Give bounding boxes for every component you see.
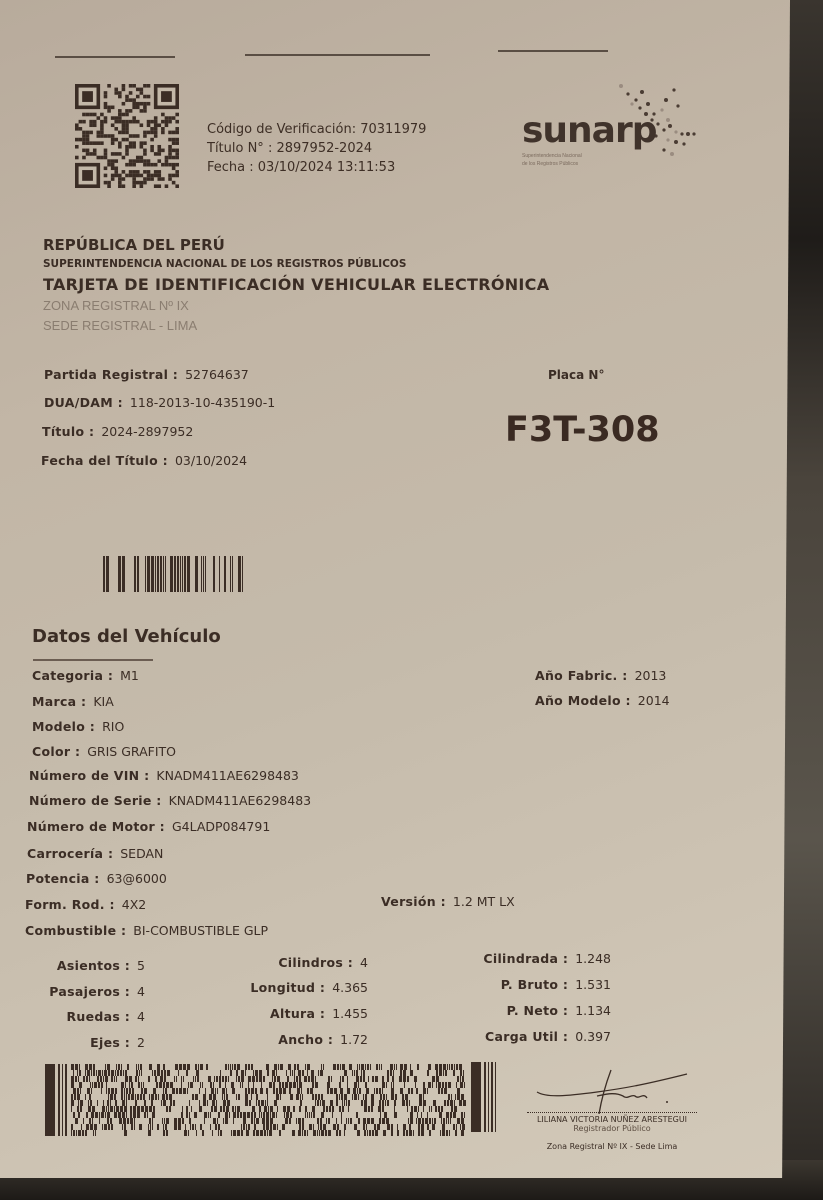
logo-wordmark: sunarp bbox=[522, 110, 657, 151]
spec-cilindros: Cilindros :4 bbox=[278, 955, 368, 970]
signature-block: LILIANA VICTORIA NUÑEZ ARESTEGUI Registr… bbox=[527, 1066, 697, 1156]
verification-code-line: Código de Verificación: 70311979 bbox=[207, 120, 426, 139]
barcode-icon bbox=[103, 556, 248, 592]
field-color: Color :GRIS GRAFITO bbox=[32, 744, 176, 759]
agency-heading: SUPERINTENDENCIA NACIONAL DE LOS REGISTR… bbox=[43, 258, 406, 270]
spec-longitud: Longitud :4.365 bbox=[250, 980, 368, 995]
field-combustible: Combustible :BI-COMBUSTIBLE GLP bbox=[25, 923, 268, 938]
date-line: Fecha : 03/10/2024 13:11:53 bbox=[207, 158, 426, 177]
vehicle-section-title: Datos del Vehículo bbox=[32, 626, 221, 647]
field-dua: DUA/DAM :118-2013-10-435190-1 bbox=[44, 395, 275, 410]
field-partida: Partida Registral :52764637 bbox=[44, 367, 249, 382]
field-titulo: Título :2024-2897952 bbox=[42, 424, 193, 439]
field-motor: Número de Motor :G4LADP084791 bbox=[27, 819, 270, 834]
date-label: Fecha : bbox=[207, 160, 254, 175]
country-heading: REPÚBLICA DEL PERÚ bbox=[43, 236, 225, 254]
plate-label: Placa N° bbox=[548, 368, 604, 382]
section-divider bbox=[33, 659, 153, 661]
spec-p-bruto: P. Bruto :1.531 bbox=[501, 977, 611, 992]
signer-name: LILIANA VICTORIA NUÑEZ ARESTEGUI bbox=[527, 1112, 697, 1124]
zona-registral: ZONA REGISTRAL Nº IX bbox=[43, 298, 189, 313]
spec-ejes: Ejes :2 bbox=[90, 1035, 145, 1050]
field-vin: Número de VIN :KNADM411AE6298483 bbox=[29, 768, 299, 783]
field-potencia: Potencia :63@6000 bbox=[26, 871, 167, 886]
top-rule bbox=[55, 56, 175, 58]
field-anio-fabric: Año Fabric. :2013 bbox=[535, 668, 666, 683]
spec-cilindrada: Cilindrada :1.248 bbox=[483, 951, 611, 966]
field-categoria: Categoria :M1 bbox=[32, 668, 139, 683]
date-value: 03/10/2024 13:11:53 bbox=[258, 160, 395, 175]
title-number-line: Título N° : 2897952-2024 bbox=[207, 139, 426, 158]
signer-zone: Zona Registral Nº IX - Sede Lima bbox=[527, 1142, 697, 1151]
logo-subtitle-line1: Superintendencia Nacional bbox=[522, 152, 622, 160]
top-rule bbox=[245, 54, 430, 56]
title-number-label: Título N° : bbox=[207, 141, 272, 156]
document-page: Código de Verificación: 70311979 Título … bbox=[0, 0, 790, 1178]
document-title: TARJETA DE IDENTIFICACIÓN VEHICULAR ELEC… bbox=[43, 275, 549, 294]
spec-p-neto: P. Neto :1.134 bbox=[507, 1003, 611, 1018]
field-marca: Marca :KIA bbox=[32, 694, 114, 709]
verification-code-value: 70311979 bbox=[360, 122, 426, 137]
signature-scribble-icon bbox=[527, 1066, 697, 1114]
field-modelo: Modelo :RIO bbox=[32, 719, 124, 734]
field-fecha-titulo: Fecha del Título :03/10/2024 bbox=[41, 453, 247, 468]
sunarp-logo: sunarp Superintendencia Nacional de los … bbox=[518, 80, 718, 180]
field-serie: Número de Serie :KNADM411AE6298483 bbox=[29, 793, 311, 808]
qr-code-icon bbox=[70, 84, 184, 188]
signer-role: Registrador Público bbox=[527, 1124, 697, 1133]
field-form-rod: Form. Rod. :4X2 bbox=[25, 897, 146, 912]
verification-code-label: Código de Verificación: bbox=[207, 122, 356, 137]
spec-carga-util: Carga Util :0.397 bbox=[485, 1029, 611, 1044]
spec-altura: Altura :1.455 bbox=[270, 1006, 368, 1021]
field-anio-modelo: Año Modelo :2014 bbox=[535, 693, 670, 708]
logo-subtitle-line2: de los Registros Públicos bbox=[522, 160, 622, 168]
pdf417-barcode-icon bbox=[45, 1062, 497, 1136]
top-rule bbox=[498, 50, 608, 52]
spec-pasajeros: Pasajeros :4 bbox=[49, 984, 145, 999]
logo-subtitle: Superintendencia Nacional de los Registr… bbox=[522, 152, 622, 168]
title-number-value: 2897952-2024 bbox=[276, 141, 372, 156]
plate-number: F3T-308 bbox=[505, 410, 660, 450]
spec-ancho: Ancho :1.72 bbox=[278, 1032, 368, 1047]
spec-ruedas: Ruedas :4 bbox=[66, 1009, 145, 1024]
sede-registral: SEDE REGISTRAL - LIMA bbox=[43, 318, 197, 333]
field-carroceria: Carrocería :SEDAN bbox=[27, 846, 163, 861]
verification-block: Código de Verificación: 70311979 Título … bbox=[207, 120, 426, 177]
field-version: Versión :1.2 MT LX bbox=[381, 894, 515, 909]
spec-asientos: Asientos :5 bbox=[57, 958, 145, 973]
